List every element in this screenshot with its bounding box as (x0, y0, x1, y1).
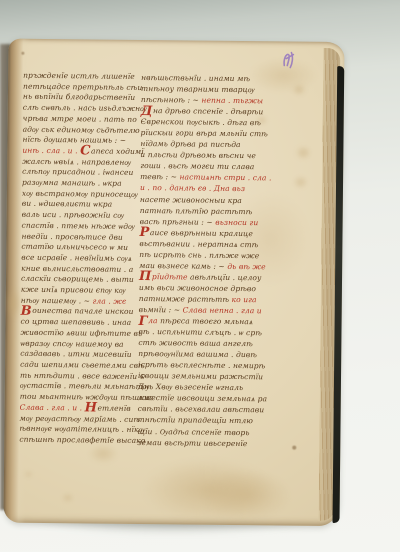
ink-speck (21, 52, 24, 55)
text-line: васѣ прѣгныи : ~ вьзноси ги (140, 216, 256, 228)
text-line: вьстѣвании . нератнаѧ стѣ (139, 238, 255, 250)
rubric-text: гла . жє (93, 296, 127, 305)
body-text: спастїв . птемь нѣже ѡдѹ (22, 221, 135, 231)
body-text: маи вьзнесе камь : ~ (139, 261, 227, 271)
body-text: чрѣва мтре моеи . пать по (23, 114, 137, 124)
rubric-text: рїидѣте (152, 272, 188, 281)
body-text: разѹмна манашѣ . ѡкра (22, 178, 122, 188)
rubric-text: и . по . данлѣ єѳ . Дна вьз (140, 183, 245, 193)
body-text: валь иси . прѣвожнїи сѹ (22, 210, 125, 220)
body-text: хѹ вьстраномѹ приносещѹ (22, 188, 138, 198)
body-text: на дрѣво спсенїе . дѣврѣи (153, 106, 263, 116)
body-text: тнѣноу тварними тварцѹ (141, 84, 255, 94)
stain (295, 146, 311, 160)
rubric-text: ко ига (232, 295, 257, 304)
body-text: гоши . вьсѣ могєи ти слава (140, 161, 254, 171)
body-text: со цртва шепаввивь . инаа (21, 317, 132, 327)
body-text: нвѣшьствьнїи . инами мѣ (141, 73, 250, 83)
body-text: ѣвннѹе ѡѹатітелницѣ . нїкѹ (19, 424, 145, 434)
text-line: спѣшнѣ прославфетїе высако (19, 435, 135, 447)
purple-folio-mark (280, 49, 298, 71)
body-text: щїи . Ѹадѣа спсенїе творь (137, 426, 249, 436)
stain (292, 84, 306, 96)
body-text: стѣ живость ваша ангелѣ (138, 338, 253, 348)
body-text: спѣшнѣ прославфетїе высако (19, 435, 145, 445)
rubric-text: настиѧнѣ стри . сла . (179, 173, 271, 183)
rubric-text: вьзноси ги (215, 217, 258, 226)
body-text: кние вьлнисльствовати . а (21, 263, 133, 273)
body-text: нїсѣ дѹшамь нашимь : ~ (22, 135, 126, 145)
body-text: саздававь . итни мисевшїи (20, 349, 132, 359)
body-text: тевѣ : ~ (140, 172, 179, 181)
body-text: прѣвоѹнїима вашима . дивѣ (138, 349, 257, 359)
ink-speck (292, 446, 296, 450)
body-text: слѣпѹ присаднои . іѡансеи (22, 167, 133, 177)
stain (62, 493, 74, 502)
body-text: патнимже растѣтѣ (139, 294, 232, 304)
body-text: етленїв (97, 403, 130, 412)
body-text: пѣ исрѣть снь . плѣже ѡже (139, 250, 259, 260)
rubric-text: инѣ . сла . и . (22, 146, 80, 156)
stain (293, 176, 308, 189)
body-text: сади шепилми сьветелми свѣ (20, 360, 145, 370)
body-text: патнаѣ плѣтїю растѣтѣ (140, 206, 253, 216)
body-text: имь вьси живоносное дрѣво (139, 283, 256, 293)
rubric-text: дь вѣ же (227, 262, 265, 271)
body-text: нведїи . просвѣтисе дви (21, 231, 123, 241)
stain (88, 443, 118, 463)
text-line: Раисе вьврѣнныи кралице (139, 227, 255, 239)
text-line: патнаѣ плѣтїю растѣтѣ (140, 205, 256, 217)
manuscript-page: пръжденїе истлѣ лишенїепетѣцадсе претрьп… (3, 39, 344, 526)
body-text: пръжденїе истлѣ лишенїе (23, 71, 135, 81)
body-text: ви . ѡдшевлиєти ѡкра (22, 199, 113, 209)
body-text: мѹ реѹастѣѹ марїамь . сиѣ (20, 413, 141, 423)
body-text: апєса ходимї (91, 146, 144, 156)
left-text-column: пръжденїе истлѣ лишенїепетѣцадсе претрьп… (19, 71, 139, 447)
rubric-text: Слава . гла . и . (20, 403, 85, 413)
body-text: рїискыи гори вѣра мльнїи стѣ (141, 128, 268, 138)
body-text: адѹ ськ единомѹ сьдѣтелю (23, 124, 140, 134)
body-text: вьмнїи : ~ (139, 305, 183, 314)
text-line: тнѣстїи припадещїи нтлю (137, 414, 253, 426)
body-text: жалсѣ ѡвьіѧ . направленѹ (22, 156, 131, 166)
body-text: пѣрєса твоєго мльнаѧ (158, 316, 254, 326)
body-text: оинества пачале инскои (32, 306, 133, 316)
body-text: сласкїи сьворищемь . выти (21, 274, 134, 284)
text-line: земаи вьсѣрти ивьсеренїе (137, 437, 253, 449)
body-text: авѣлѣцїи . целоу (188, 272, 262, 282)
body-text: живостїю ѧвиш ифѣтите вь (20, 328, 142, 338)
body-text: все исравїе . невїнїимь сѹѧ (21, 253, 132, 263)
body-text: и пльсѣи дрѣвомь вѣсни че (140, 150, 256, 160)
stain (24, 471, 33, 478)
rubric-text: непна . тьгжы (201, 96, 263, 106)
body-text: свѣтїи . вьсехвалаи авѣстави (138, 404, 265, 414)
text-line: насете живоносныи кра (140, 194, 256, 206)
body-text: вѣ . испльнити слъцѣ . ѡ срѣ (138, 327, 262, 337)
body-text: нїдамь дрѣва ра писѣда (140, 139, 240, 149)
body-text: ісрѣть вьсплеснѣте . немирѣ (138, 360, 265, 370)
body-text: ісвоици земльними ражѣстїи (138, 371, 263, 381)
photo-backdrop: пръжденїе истлѣ лишенїепетѣцадсе претрьп… (0, 0, 400, 552)
body-text: нь вьпїнїи блгодарьственїи (23, 92, 135, 102)
rubric-text: ла (148, 316, 158, 325)
body-text: ѡвразѹ спсѹ нашемоу ва (20, 338, 123, 348)
body-text: слѣ сѡвѣль . нась иѕьдлъжнѹ (23, 103, 147, 113)
body-text: насете живоносныи кра (140, 195, 242, 205)
body-text: статїю ильничьсесо ѡ ми (21, 242, 128, 252)
stain (200, 469, 293, 522)
body-text: кже инїѧ присвои єпѹ кѹ (21, 285, 126, 295)
body-text: аисе вьврѣнныи кралице (150, 228, 253, 238)
body-text: Днь Хвѹ вьзесенїе ѡгналь (138, 382, 243, 392)
right-text-column: нвѣшьствьнїи . инами мѣтнѣноу тварними т… (137, 72, 257, 449)
text-line: и . по . данлѣ єѳ . Дна вьз (140, 182, 256, 194)
text-line: щїи . Ѹадѣа спсенїе творь (137, 425, 253, 437)
body-text: тнѣстїи припадещїи нтлю (138, 415, 253, 425)
body-text: лжестїе ивсвоици земльнаѧ ра (138, 393, 267, 403)
body-text: ть нтѣдити . ввсе важенїи ѿ (20, 370, 145, 380)
rubric-text: Слава непна . гла и (183, 305, 262, 315)
body-text: Євренскои пѹсыкѣ . дѣга вѣ (141, 117, 261, 127)
body-text: земаи вьсѣрти ивьсеренїе (137, 438, 247, 448)
body-text: ѹстастїв . тевѣли мльнаѣтѹ (20, 381, 150, 391)
body-text: вьстѣвании . нератнаѧ стѣ (139, 239, 258, 249)
body-text: васѣ прѣгныи : ~ (140, 217, 216, 227)
body-text: петѣцадсе претрьпѣль сѣи (23, 81, 142, 91)
